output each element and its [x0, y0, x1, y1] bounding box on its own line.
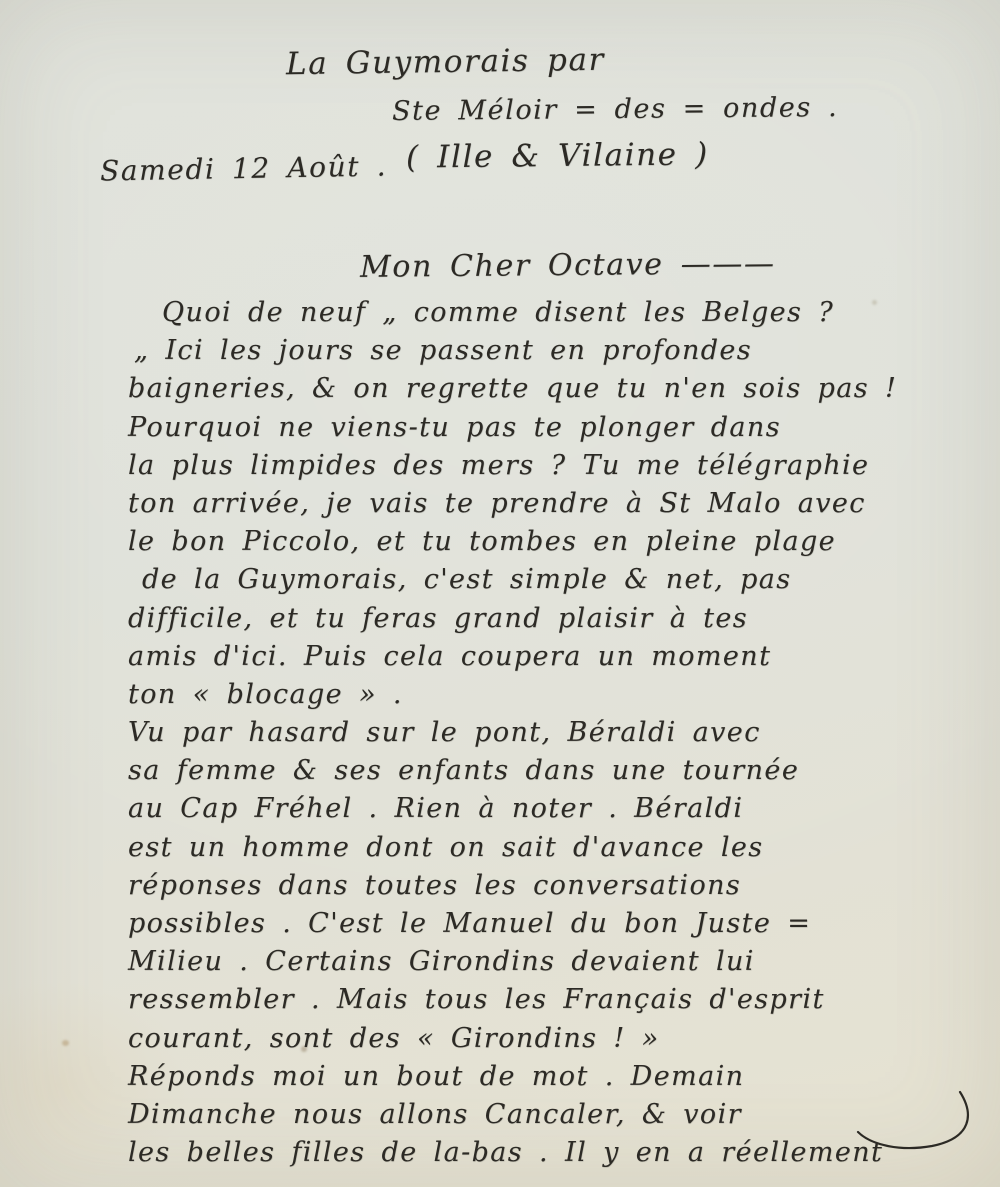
letter-line: sa femme & ses enfants dans une tournée	[128, 752, 986, 790]
letter-body: Quoi de neuf „ comme disent les Belges ?…	[128, 294, 986, 1172]
letter-line: ton « blocage » .	[128, 676, 986, 714]
letterhead-department: ( Ille & Vilaine )	[406, 136, 709, 175]
paper-speck	[62, 1040, 69, 1046]
letter-line: Milieu . Certains Girondins devaient lui	[128, 943, 986, 981]
letter-line: est un homme dont on sait d'avance les	[128, 829, 986, 867]
letter-line: réponses dans toutes les conversations	[128, 867, 986, 905]
letter-line: Quoi de neuf „ comme disent les Belges ?	[128, 294, 986, 332]
letterhead-town: Ste Méloir = des = ondes .	[392, 92, 838, 127]
letter-line: difficile, et tu feras grand plaisir à t…	[128, 600, 986, 638]
letter-line: ton arrivée, je vais te prendre à St Mal…	[128, 485, 986, 523]
letterhead-place: La Guymorais par	[286, 42, 605, 82]
letter-line: „ Ici les jours se passent en profondes	[128, 332, 986, 370]
letter-line: au Cap Fréhel . Rien à noter . Béraldi	[128, 790, 986, 828]
letter-line: Pourquoi ne viens-tu pas te plonger dans	[128, 409, 986, 447]
letter-line: possibles . C'est le Manuel du bon Juste…	[128, 905, 986, 943]
pen-flourish-stroke	[828, 1088, 988, 1168]
letter-line: le bon Piccolo, et tu tombes en pleine p…	[128, 523, 986, 561]
letter-date: Samedi 12 Août .	[100, 149, 388, 187]
letter-line: ressembler . Mais tous les Français d'es…	[128, 981, 986, 1019]
letter-line: baigneries, & on regrette que tu n'en so…	[128, 370, 986, 408]
letter-line: de la Guymorais, c'est simple & net, pas	[128, 561, 986, 599]
letter-scan-page: La Guymorais par Ste Méloir = des = onde…	[0, 0, 1000, 1187]
letter-line: courant, sont des « Girondins ! »	[128, 1020, 986, 1058]
letter-salutation: Mon Cher Octave ———	[360, 246, 776, 285]
letter-line: Vu par hasard sur le pont, Béraldi avec	[128, 714, 986, 752]
letter-line: amis d'ici. Puis cela coupera un moment	[128, 638, 986, 676]
letter-line: la plus limpides des mers ? Tu me télégr…	[128, 447, 986, 485]
